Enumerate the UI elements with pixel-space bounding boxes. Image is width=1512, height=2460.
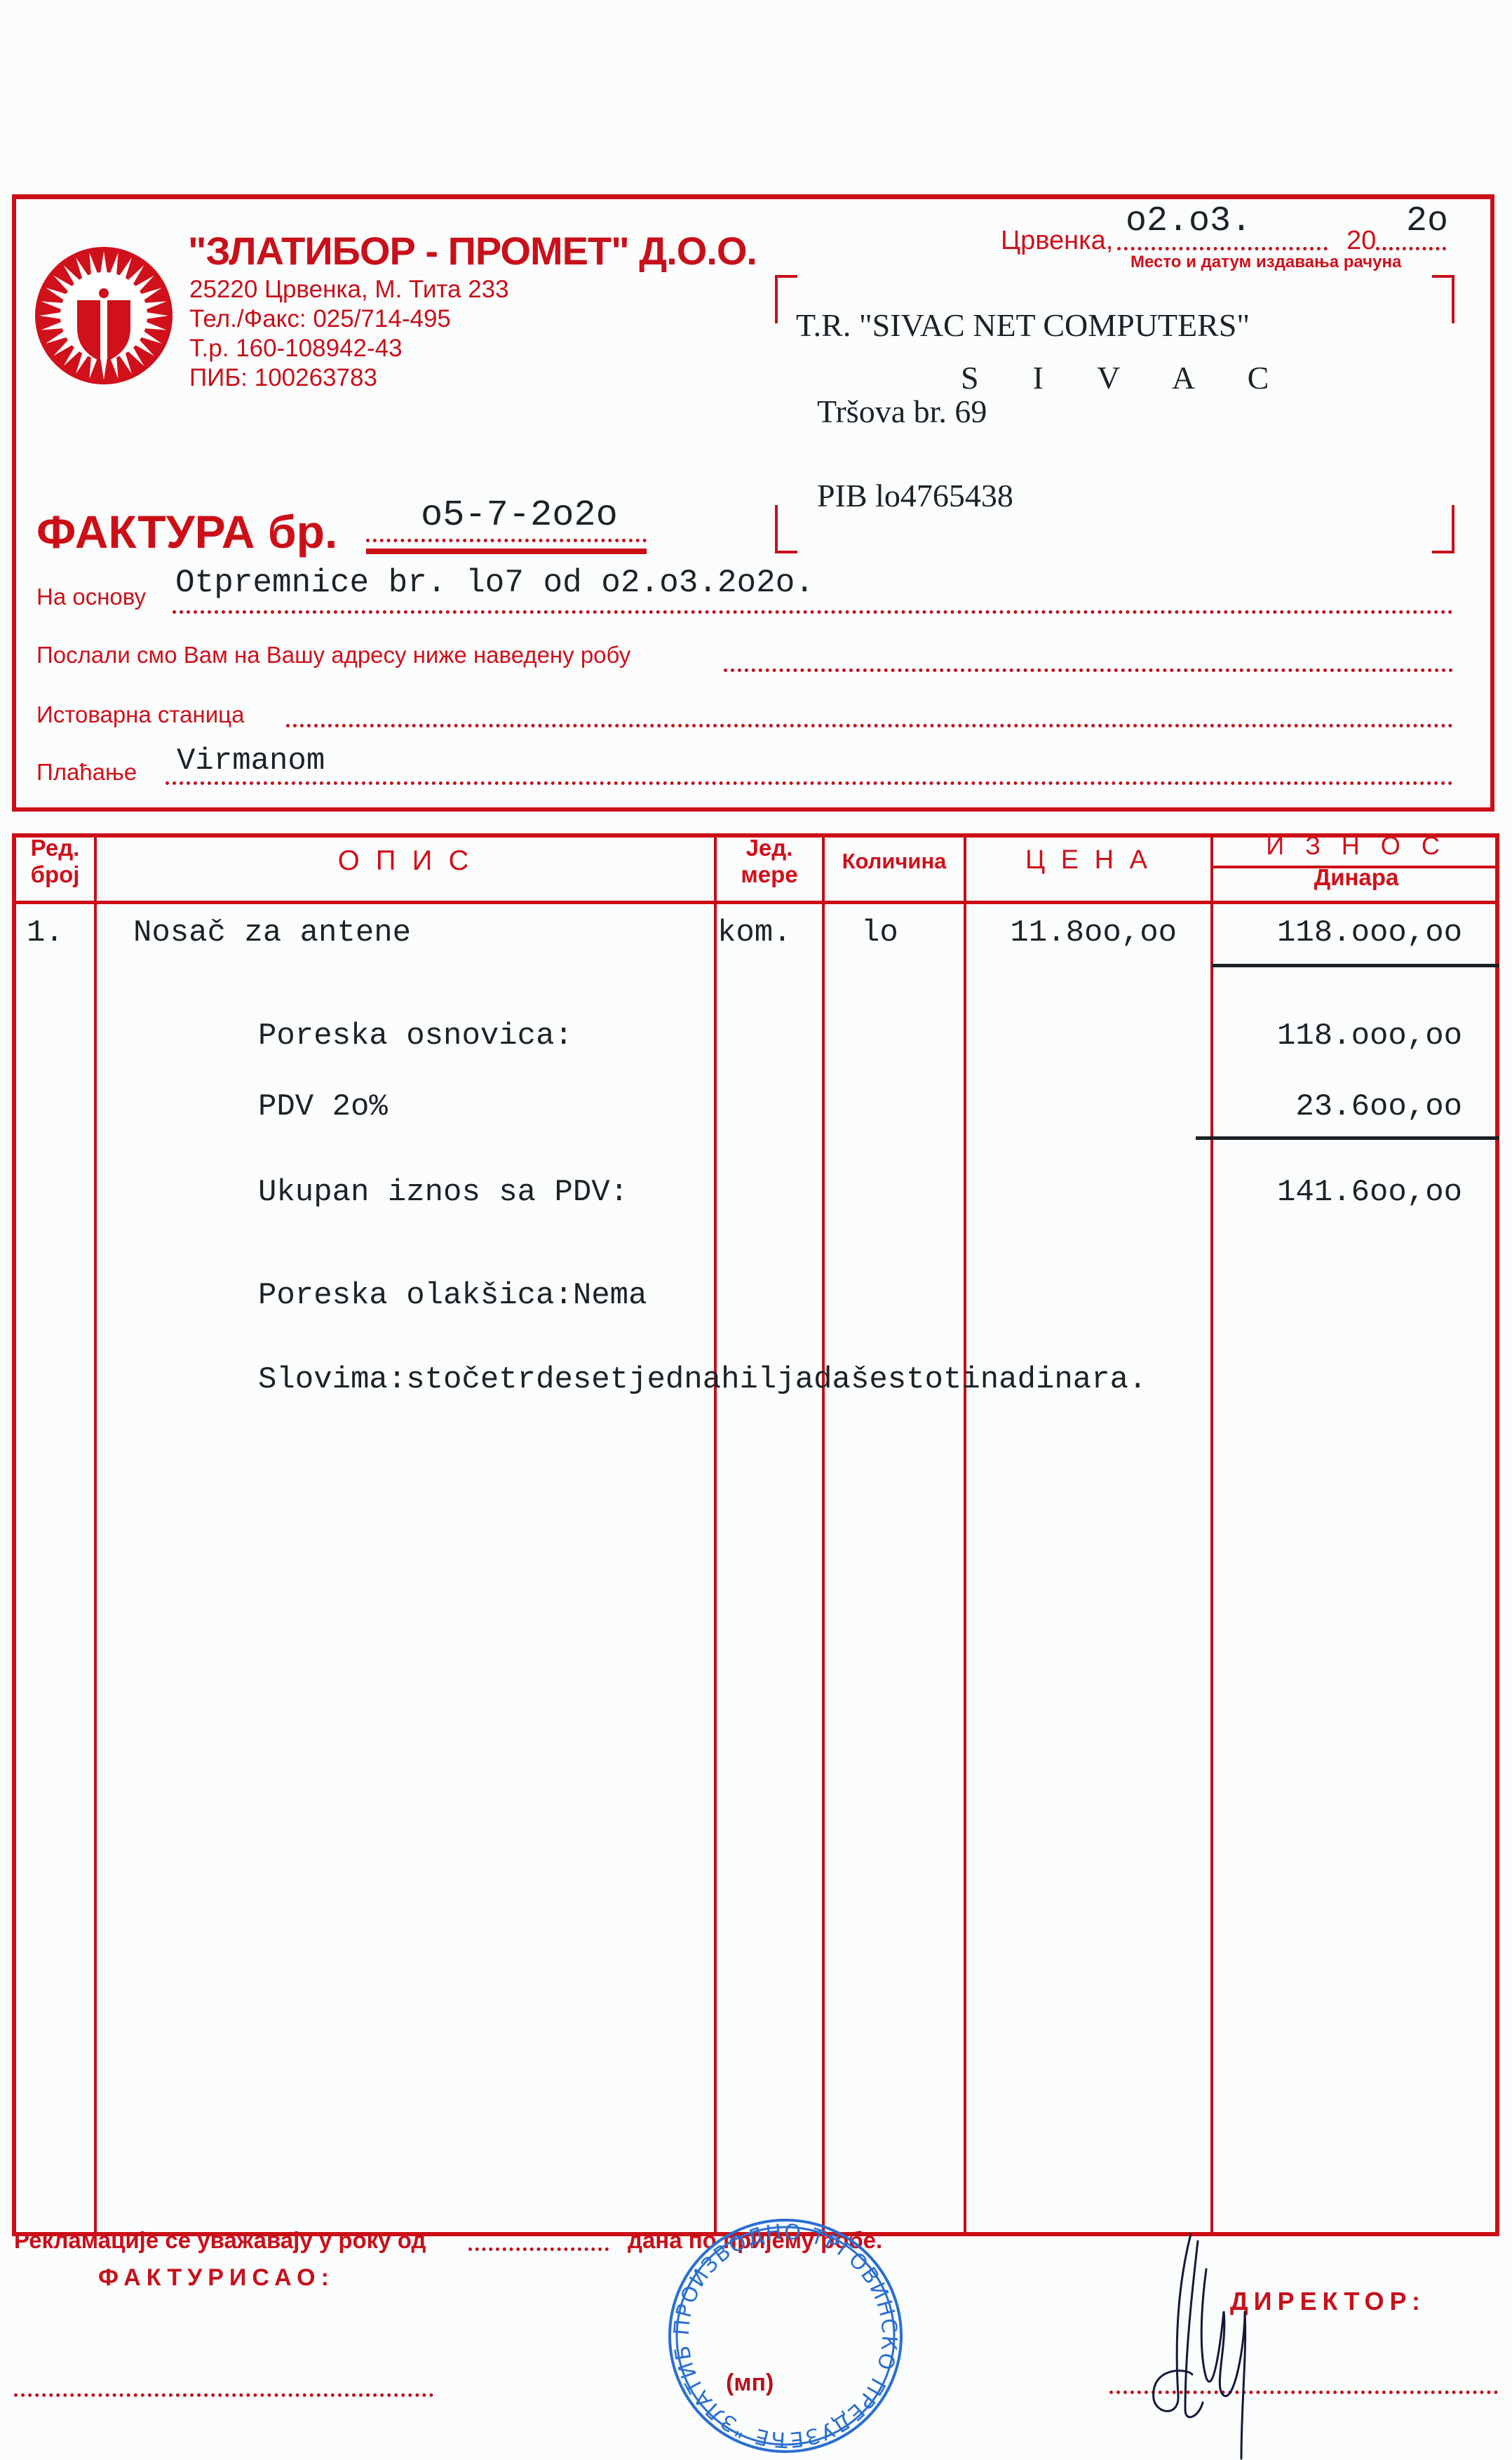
issue-place-label: Црвенка, xyxy=(1001,226,1113,256)
header-opis: О П И С xyxy=(97,845,714,877)
stamp-placeholder-label: (мп) xyxy=(726,2370,774,2397)
complaints-text-prefix: Рекламације се уважавају у року од xyxy=(14,2227,426,2254)
field-value-payment: Virmanom xyxy=(177,744,325,779)
field-label-payment: Плаћање xyxy=(36,759,137,786)
summary-vat-label: PDV 2o% xyxy=(258,1089,388,1124)
header-iznos-currency: Динара xyxy=(1213,864,1499,891)
subtotal-rule xyxy=(1212,964,1499,967)
row-iznos: 118.ooo,oo xyxy=(1220,915,1462,950)
header-iznos: И З Н О С xyxy=(1213,831,1499,861)
header-cena: Ц Е Н А xyxy=(966,845,1210,875)
recipient-pib: PIB lo4765438 xyxy=(817,477,1013,514)
issue-caption: Место и датум издавања рачуна xyxy=(1130,253,1401,272)
issue-date-line xyxy=(1117,247,1328,250)
recipient-street: Tršova br. 69 xyxy=(817,393,987,430)
summary-total-label: Ukupan iznos sa PDV: xyxy=(258,1175,628,1210)
col-divider-cena xyxy=(1210,838,1213,2232)
recipient-bracket-tl xyxy=(775,275,797,323)
header-jm-line1: Јед. xyxy=(717,835,822,861)
field-label-basis: На основу xyxy=(36,584,146,610)
field-line-shipped xyxy=(724,668,1453,672)
invoiced-by-signature-line xyxy=(14,2393,433,2397)
field-value-basis: Otpremnice br. lo7 od o2.o3.2o2o. xyxy=(175,565,814,601)
summary-base-value: 118.ooo,oo xyxy=(1220,1019,1462,1054)
tax-relief: Poreska olakšica:Nema xyxy=(258,1278,647,1313)
sun-tulip-logo-icon xyxy=(34,246,174,386)
row-kolicina: lo xyxy=(861,915,898,950)
company-phone: Тел./Факс: 025/714-495 xyxy=(189,304,509,334)
svg-text:ПРОИЗВОДНО ТРГОВИНСКО ПРЕДУЗЕЋ: ПРОИЗВОДНО ТРГОВИНСКО ПРЕДУЗЕЋЕ "ЗЛАТИБО… xyxy=(665,2203,901,2452)
col-divider-rb xyxy=(94,838,97,2232)
invoice-title: ФАКТУРА бр. xyxy=(36,505,337,558)
company-account: Т.р. 160-108942-43 xyxy=(189,334,509,363)
header-rb-line1: Ред. xyxy=(16,835,94,861)
invoice-number-line xyxy=(366,539,647,542)
issue-year-line xyxy=(1376,247,1446,250)
header-rb: Ред. број xyxy=(16,835,94,888)
recipient-bracket-br xyxy=(1432,505,1454,553)
invoice-number: o5-7-2o2o xyxy=(421,495,618,536)
issue-date-value: o2.o3. xyxy=(1126,201,1252,241)
summary-base-label: Poreska osnovica: xyxy=(258,1019,573,1054)
header-kolicina: Количина xyxy=(825,849,964,874)
issue-year-value: 2o xyxy=(1406,201,1448,241)
row-cena: 11.8oo,oo xyxy=(966,915,1177,950)
invoiced-by-label: ФАКТУРИСАО: xyxy=(98,2264,335,2292)
issue-year-prefix: 20 xyxy=(1346,226,1376,256)
field-line-payment xyxy=(166,781,1453,785)
field-line-basis xyxy=(173,610,1453,614)
recipient-bracket-tr xyxy=(1432,275,1454,323)
col-divider-jm xyxy=(822,838,825,2232)
row-jm: kom. xyxy=(717,915,792,950)
recipient-name: T.R. "SIVAC NET COMPUTERS" xyxy=(796,307,1250,344)
field-line-unloading-station xyxy=(286,724,1453,727)
row-rb: 1. xyxy=(27,915,64,950)
header-jm-line2: мере xyxy=(717,861,822,888)
invoice-number-underline xyxy=(366,549,647,554)
header-row-divider xyxy=(16,901,1495,904)
company-pib: ПИБ: 100263783 xyxy=(189,363,509,393)
header-rb-line2: број xyxy=(16,861,94,888)
col-divider-opis xyxy=(714,838,717,2232)
amount-in-words: Slovima:stočetrdesetjednahiljadašestotin… xyxy=(258,1362,1147,1397)
company-stamp-icon: ПРОИЗВОДНО ТРГОВИНСКО ПРЕДУЗЕЋЕ "ЗЛАТИБО… xyxy=(665,2203,906,2460)
field-label-shipped: Послали смо Вам на Вашу адресу ниже наве… xyxy=(36,642,630,668)
complaints-days-line xyxy=(468,2247,609,2251)
summary-total-value: 141.6oo,oo xyxy=(1220,1175,1462,1210)
header-jm: Јед. мере xyxy=(717,835,822,888)
summary-vat-value: 23.6oo,oo xyxy=(1220,1089,1462,1124)
col-divider-kolicina xyxy=(964,838,966,2232)
row-opis: Nosač za antene xyxy=(133,915,411,950)
field-label-unloading-station: Истоварна станица xyxy=(36,701,244,728)
recipient-city: S I V A C xyxy=(961,359,1281,396)
handwritten-signature-icon xyxy=(1136,2227,1304,2460)
company-address: 25220 Црвенка, М. Тита 233 xyxy=(189,275,509,304)
company-name: "ЗЛАТИБОР - ПРОМЕТ" Д.О.О. xyxy=(188,228,757,274)
total-rule xyxy=(1196,1136,1499,1140)
recipient-bracket-bl xyxy=(775,505,797,553)
